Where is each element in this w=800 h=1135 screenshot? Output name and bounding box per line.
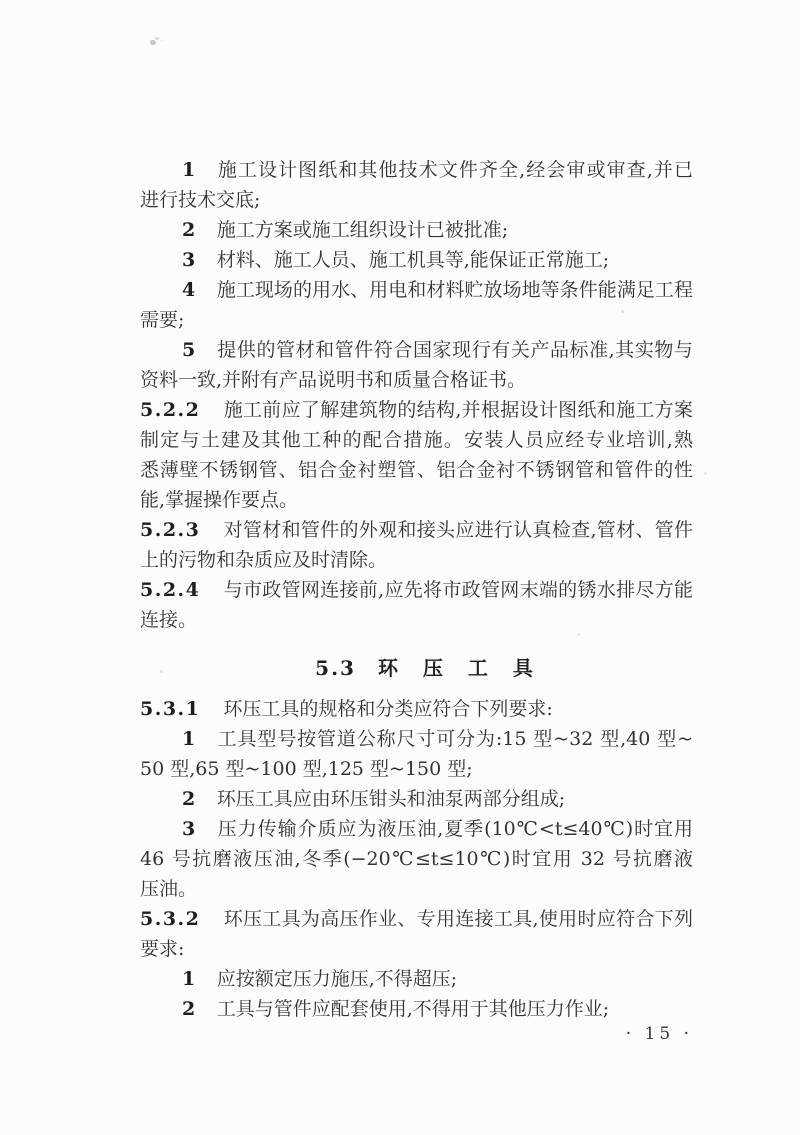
line-text: 能,掌握操作要点。 xyxy=(140,489,298,511)
line-text: 提供的管材和管件符合国家现行有关产品标准,其实物与 xyxy=(217,339,693,361)
text-line: 5提供的管材和管件符合国家现行有关产品标准,其实物与 xyxy=(140,335,693,365)
text-line: 2施工方案或施工组织设计已被批准; xyxy=(140,215,693,245)
text-line: 46 号抗磨液压油,冬季(−20℃≤t≤10℃)时宜用 32 号抗磨液 xyxy=(140,844,693,874)
text-line: 1应按额定压力施压,不得超压; xyxy=(140,964,693,994)
line-text: 需要; xyxy=(140,309,184,331)
text-line: 1施工设计图纸和其他技术文件齐全,经会审或审查,并已 xyxy=(140,155,693,185)
text-line: 悉薄壁不锈钢管、铝合金衬塑管、铝合金衬不锈钢管和管件的性 xyxy=(140,455,693,485)
section-heading: 5.3环 压 工 具 xyxy=(140,653,693,683)
text-line: 5.2.4与市政管网连接前,应先将市政管网末端的锈水排尽方能 xyxy=(140,575,693,605)
text-line: 5.2.2施工前应了解建筑物的结构,并根据设计图纸和施工方案 xyxy=(140,395,693,425)
text-line: 5.3.1环压工具的规格和分类应符合下列要求: xyxy=(140,694,693,724)
line-text: 进行技术交底; xyxy=(140,189,260,211)
scan-speck xyxy=(150,40,156,45)
line-text: 工具与管件应配套使用,不得用于其他压力作业; xyxy=(217,998,609,1020)
line-text: 要求: xyxy=(140,938,184,960)
text-line: 连接。 xyxy=(140,605,693,635)
line-text: 上的污物和杂质应及时清除。 xyxy=(140,549,387,571)
text-line: 5.2.3对管材和管件的外观和接头应进行认真检查,管材、管件 xyxy=(140,515,693,545)
clause-number: 5.2.3 xyxy=(140,519,200,541)
line-text: 对管材和管件的外观和接头应进行认真检查,管材、管件 xyxy=(223,519,693,541)
document-body: 1施工设计图纸和其他技术文件齐全,经会审或审查,并已进行技术交底;2施工方案或施… xyxy=(140,155,693,1024)
line-text: 制定与土建及其他工种的配合措施。安装人员应经专业培训,熟 xyxy=(140,429,693,451)
text-line: 上的污物和杂质应及时清除。 xyxy=(140,545,693,575)
clause-number: 5.3.2 xyxy=(140,908,200,930)
line-text: 悉薄壁不锈钢管、铝合金衬塑管、铝合金衬不锈钢管和管件的性 xyxy=(140,459,693,481)
line-text: 环 压 工 具 xyxy=(378,656,542,680)
item-number: 5 xyxy=(182,339,197,361)
item-number: 3 xyxy=(182,249,197,271)
line-text: 环压工具应由环压钳头和油泵两部分组成; xyxy=(217,788,565,810)
line-text: 环压工具的规格和分类应符合下列要求: xyxy=(223,698,552,720)
text-line: 2环压工具应由环压钳头和油泵两部分组成; xyxy=(140,784,693,814)
page-footer: · 15 · xyxy=(140,1024,693,1044)
line-text: 与市政管网连接前,应先将市政管网末端的锈水排尽方能 xyxy=(223,579,693,601)
line-text: 压力传输介质应为液压油,夏季(10℃<t≤40℃)时宜用 xyxy=(217,818,693,840)
text-line: 要求: xyxy=(140,934,693,964)
text-line: 压油。 xyxy=(140,874,693,904)
item-number: 2 xyxy=(182,788,197,810)
line-text: 环压工具为高压作业、专用连接工具,使用时应符合下列 xyxy=(223,908,693,930)
item-number: 3 xyxy=(182,818,197,840)
text-line: 3压力传输介质应为液压油,夏季(10℃<t≤40℃)时宜用 xyxy=(140,814,693,844)
line-text: 材料、施工人员、施工机具等,能保证正常施工; xyxy=(217,249,609,271)
item-number: 2 xyxy=(182,998,197,1020)
text-line: 2工具与管件应配套使用,不得用于其他压力作业; xyxy=(140,994,693,1024)
clause-number: 5.3.1 xyxy=(140,698,200,720)
line-text: 连接。 xyxy=(140,609,197,631)
item-number: 2 xyxy=(182,219,197,241)
text-line: 50 型,65 型~100 型,125 型~150 型; xyxy=(140,754,693,784)
clause-number: 5.2.4 xyxy=(140,579,200,601)
text-line: 4施工现场的用水、用电和材料贮放场地等条件能满足工程 xyxy=(140,275,693,305)
item-number: 1 xyxy=(182,968,197,990)
text-line: 资料一致,并附有产品说明书和质量合格证书。 xyxy=(140,365,693,395)
line-text: 资料一致,并附有产品说明书和质量合格证书。 xyxy=(140,369,526,391)
clause-number: 5.2.2 xyxy=(140,399,200,421)
text-line: 需要; xyxy=(140,305,693,335)
line-text: 工具型号按管道公称尺寸可分为:15 型~32 型,40 型~ xyxy=(217,728,693,750)
text-line: 能,掌握操作要点。 xyxy=(140,485,693,515)
text-line: 3材料、施工人员、施工机具等,能保证正常施工; xyxy=(140,245,693,275)
document-page: 1施工设计图纸和其他技术文件齐全,经会审或审查,并已进行技术交底;2施工方案或施… xyxy=(0,0,800,1135)
item-number: 4 xyxy=(182,279,197,301)
text-line: 进行技术交底; xyxy=(140,185,693,215)
line-text: 应按额定压力施压,不得超压; xyxy=(217,968,457,990)
page-number: · 15 · xyxy=(626,1024,693,1044)
text-line: 5.3.2环压工具为高压作业、专用连接工具,使用时应符合下列 xyxy=(140,904,693,934)
line-text: 施工方案或施工组织设计已被批准; xyxy=(217,219,508,241)
section-number: 5.3 xyxy=(315,656,356,680)
text-line: 制定与土建及其他工种的配合措施。安装人员应经专业培训,熟 xyxy=(140,425,693,455)
line-text: 46 号抗磨液压油,冬季(−20℃≤t≤10℃)时宜用 32 号抗磨液 xyxy=(140,848,693,870)
item-number: 1 xyxy=(182,159,197,181)
text-line: 1工具型号按管道公称尺寸可分为:15 型~32 型,40 型~ xyxy=(140,724,693,754)
line-text: 施工前应了解建筑物的结构,并根据设计图纸和施工方案 xyxy=(223,399,693,421)
line-text: 压油。 xyxy=(140,878,197,900)
scan-speck xyxy=(704,472,707,475)
item-number: 1 xyxy=(182,728,197,750)
line-text: 50 型,65 型~100 型,125 型~150 型; xyxy=(140,758,473,780)
line-text: 施工设计图纸和其他技术文件齐全,经会审或审查,并已 xyxy=(217,159,693,181)
line-text: 施工现场的用水、用电和材料贮放场地等条件能满足工程 xyxy=(217,279,693,301)
